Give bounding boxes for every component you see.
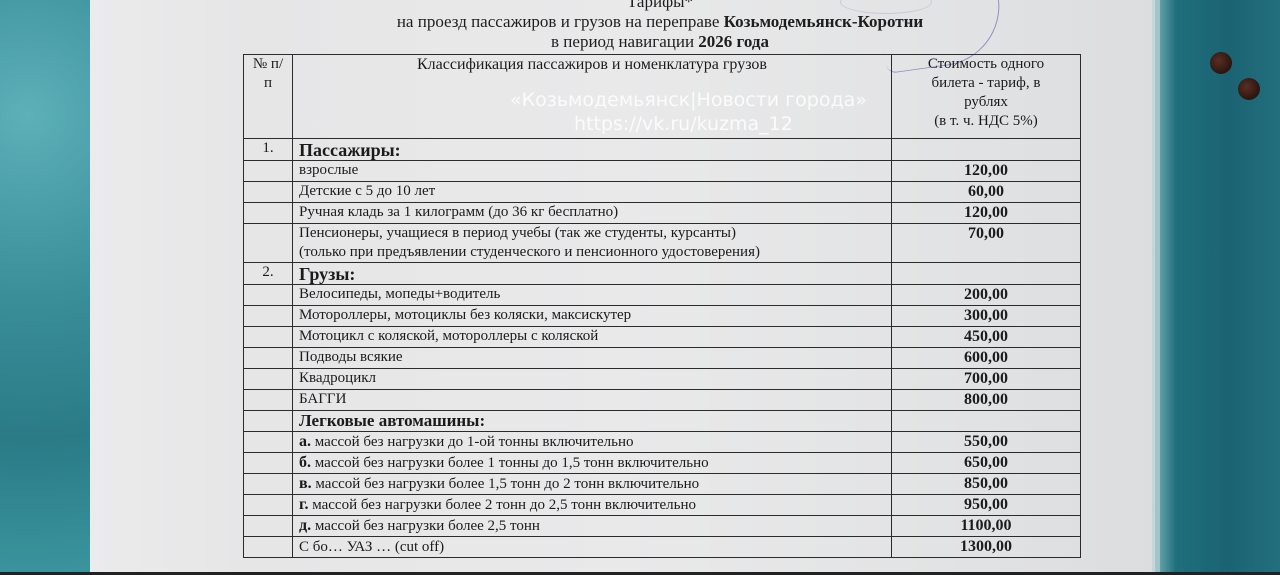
row-description: Ручная кладь за 1 килограмм (до 36 кг бе… <box>293 203 892 224</box>
table-row: Квадроцикл700,00 <box>244 369 1081 390</box>
price-value: 600,00 <box>892 348 1081 369</box>
price-value: 300,00 <box>892 306 1081 327</box>
price-value: 700,00 <box>892 369 1081 390</box>
row-number <box>244 285 293 306</box>
price-cell <box>892 263 1081 285</box>
price-value: 800,00 <box>892 390 1081 411</box>
row-number <box>244 306 293 327</box>
row-text: БАГГИ <box>299 391 346 407</box>
row-letter: б. <box>299 454 311 471</box>
section-title: Легковые автомашины: <box>293 411 892 432</box>
table-row: С бо… УАЗ … (cut off)1300,00 <box>244 537 1081 558</box>
row-number <box>244 516 293 537</box>
row-number <box>244 327 293 348</box>
row-description: Мотороллеры, мотоциклы без коляски, макс… <box>293 306 892 327</box>
row-description: БАГГИ <box>293 390 892 411</box>
row-text: С бо… УАЗ … (cut off) <box>299 539 444 555</box>
price-value: 60,00 <box>892 182 1081 203</box>
table-row: Мотоцикл с коляской, мотороллеры с коляс… <box>244 327 1081 348</box>
row-text: массой без нагрузки до 1-ой тонны включи… <box>311 434 634 450</box>
row-number <box>244 161 293 182</box>
row-number <box>244 369 293 390</box>
row-text: Ручная кладь за 1 килограмм (до 36 кг бе… <box>299 204 618 220</box>
price-value: 450,00 <box>892 327 1081 348</box>
row-number: 1. <box>244 139 293 161</box>
row-text: массой без нагрузки более 1 тонны до 1,5… <box>311 455 709 471</box>
row-number <box>244 182 293 203</box>
row-number <box>244 495 293 516</box>
price-value: 120,00 <box>892 203 1081 224</box>
price-value: 70,00 <box>892 224 1081 263</box>
row-text: взрослые <box>299 162 358 178</box>
row-description: Велосипеды, мопеды+водитель <box>293 285 892 306</box>
bolt-icon <box>1238 78 1260 100</box>
row-number <box>244 224 293 263</box>
row-text: Мотороллеры, мотоциклы без коляски, макс… <box>299 307 631 323</box>
row-text: массой без нагрузки более 1,5 тонн до 2 … <box>312 476 700 492</box>
price-value: 550,00 <box>892 432 1081 453</box>
row-text: Детские с 5 до 10 лет <box>299 183 435 199</box>
notice-title: Тарифы* <box>300 0 1020 12</box>
row-number <box>244 453 293 474</box>
section-row: 1.Пассажиры: <box>244 139 1081 161</box>
column-header-price: Стоимость одного билета - тариф, в рубля… <box>892 55 1081 139</box>
row-letter: в. <box>299 475 312 492</box>
row-description: б. массой без нагрузки более 1 тонны до … <box>293 453 892 474</box>
table-row: а. массой без нагрузки до 1-ой тонны вкл… <box>244 432 1081 453</box>
section-row: Легковые автомашины: <box>244 411 1081 432</box>
table-row: в. массой без нагрузки более 1,5 тонн до… <box>244 474 1081 495</box>
plastic-sleeve-edge <box>1152 0 1160 575</box>
teal-wall-left <box>0 0 90 575</box>
row-text: Мотоцикл с коляской, мотороллеры с коляс… <box>299 328 598 344</box>
price-cell <box>892 139 1081 161</box>
column-header-num: № п/п <box>244 55 293 139</box>
row-number <box>244 348 293 369</box>
row-description: а. массой без нагрузки до 1-ой тонны вкл… <box>293 432 892 453</box>
table-row: Детские с 5 до 10 лет60,00 <box>244 182 1081 203</box>
price-value: 1100,00 <box>892 516 1081 537</box>
row-text: массой без нагрузки более 2,5 тонн <box>311 518 540 534</box>
table-row: б. массой без нагрузки более 1 тонны до … <box>244 453 1081 474</box>
row-number: 2. <box>244 263 293 285</box>
row-description: в. массой без нагрузки более 1,5 тонн до… <box>293 474 892 495</box>
section-title: Пассажиры: <box>293 139 892 161</box>
row-description: Квадроцикл <box>293 369 892 390</box>
price-value: 120,00 <box>892 161 1081 182</box>
notice-period: в период навигации 2026 года <box>300 32 1020 52</box>
section-row: 2.Грузы: <box>244 263 1081 285</box>
table-row: Ручная кладь за 1 килограмм (до 36 кг бе… <box>244 203 1081 224</box>
table-row: Мотороллеры, мотоциклы без коляски, макс… <box>244 306 1081 327</box>
notice-subtitle: на проезд пассажиров и грузов на перепра… <box>300 12 1020 32</box>
section-title: Грузы: <box>293 263 892 285</box>
price-cell <box>892 411 1081 432</box>
row-number <box>244 390 293 411</box>
row-text-note: (только при предъявлении студенческого и… <box>299 244 760 260</box>
table-row: г. массой без нагрузки более 2 тонн до 2… <box>244 495 1081 516</box>
price-value: 1300,00 <box>892 537 1081 558</box>
row-description: взрослые <box>293 161 892 182</box>
teal-wall-right <box>1150 0 1280 575</box>
row-letter: а. <box>299 433 311 450</box>
table-row: БАГГИ800,00 <box>244 390 1081 411</box>
row-description: г. массой без нагрузки более 2 тонн до 2… <box>293 495 892 516</box>
row-number <box>244 203 293 224</box>
row-description: С бо… УАЗ … (cut off) <box>293 537 892 558</box>
price-value: 200,00 <box>892 285 1081 306</box>
table-row: взрослые120,00 <box>244 161 1081 182</box>
watermark: «Козьмодемьянск|Новости города» https://… <box>510 88 867 136</box>
row-description: Детские с 5 до 10 лет <box>293 182 892 203</box>
row-number <box>244 474 293 495</box>
bolt-icon <box>1210 52 1232 74</box>
row-description: Мотоцикл с коляской, мотороллеры с коляс… <box>293 327 892 348</box>
table-body: 1.Пассажиры:взрослые120,00Детские с 5 до… <box>244 139 1081 558</box>
row-text: Квадроцикл <box>299 370 376 386</box>
row-description: д. массой без нагрузки более 2,5 тонн <box>293 516 892 537</box>
price-value: 650,00 <box>892 453 1081 474</box>
row-letter: д. <box>299 517 311 534</box>
row-number <box>244 411 293 432</box>
price-value: 950,00 <box>892 495 1081 516</box>
table-row: Пенсионеры, учащиеся в период учебы (так… <box>244 224 1081 263</box>
row-text: массой без нагрузки более 2 тонн до 2,5 … <box>308 497 696 513</box>
row-description: Пенсионеры, учащиеся в период учебы (так… <box>293 224 892 263</box>
table-row: д. массой без нагрузки более 2,5 тонн110… <box>244 516 1081 537</box>
notice-header: Тарифы* на проезд пассажиров и грузов на… <box>300 0 1020 52</box>
row-number <box>244 537 293 558</box>
price-value: 850,00 <box>892 474 1081 495</box>
row-description: Подводы всякие <box>293 348 892 369</box>
table-row: Велосипеды, мопеды+водитель200,00 <box>244 285 1081 306</box>
row-text: Пенсионеры, учащиеся в период учебы (так… <box>299 225 736 241</box>
table-row: Подводы всякие600,00 <box>244 348 1081 369</box>
row-number <box>244 432 293 453</box>
row-text: Подводы всякие <box>299 349 403 365</box>
row-text: Велосипеды, мопеды+водитель <box>299 286 500 302</box>
